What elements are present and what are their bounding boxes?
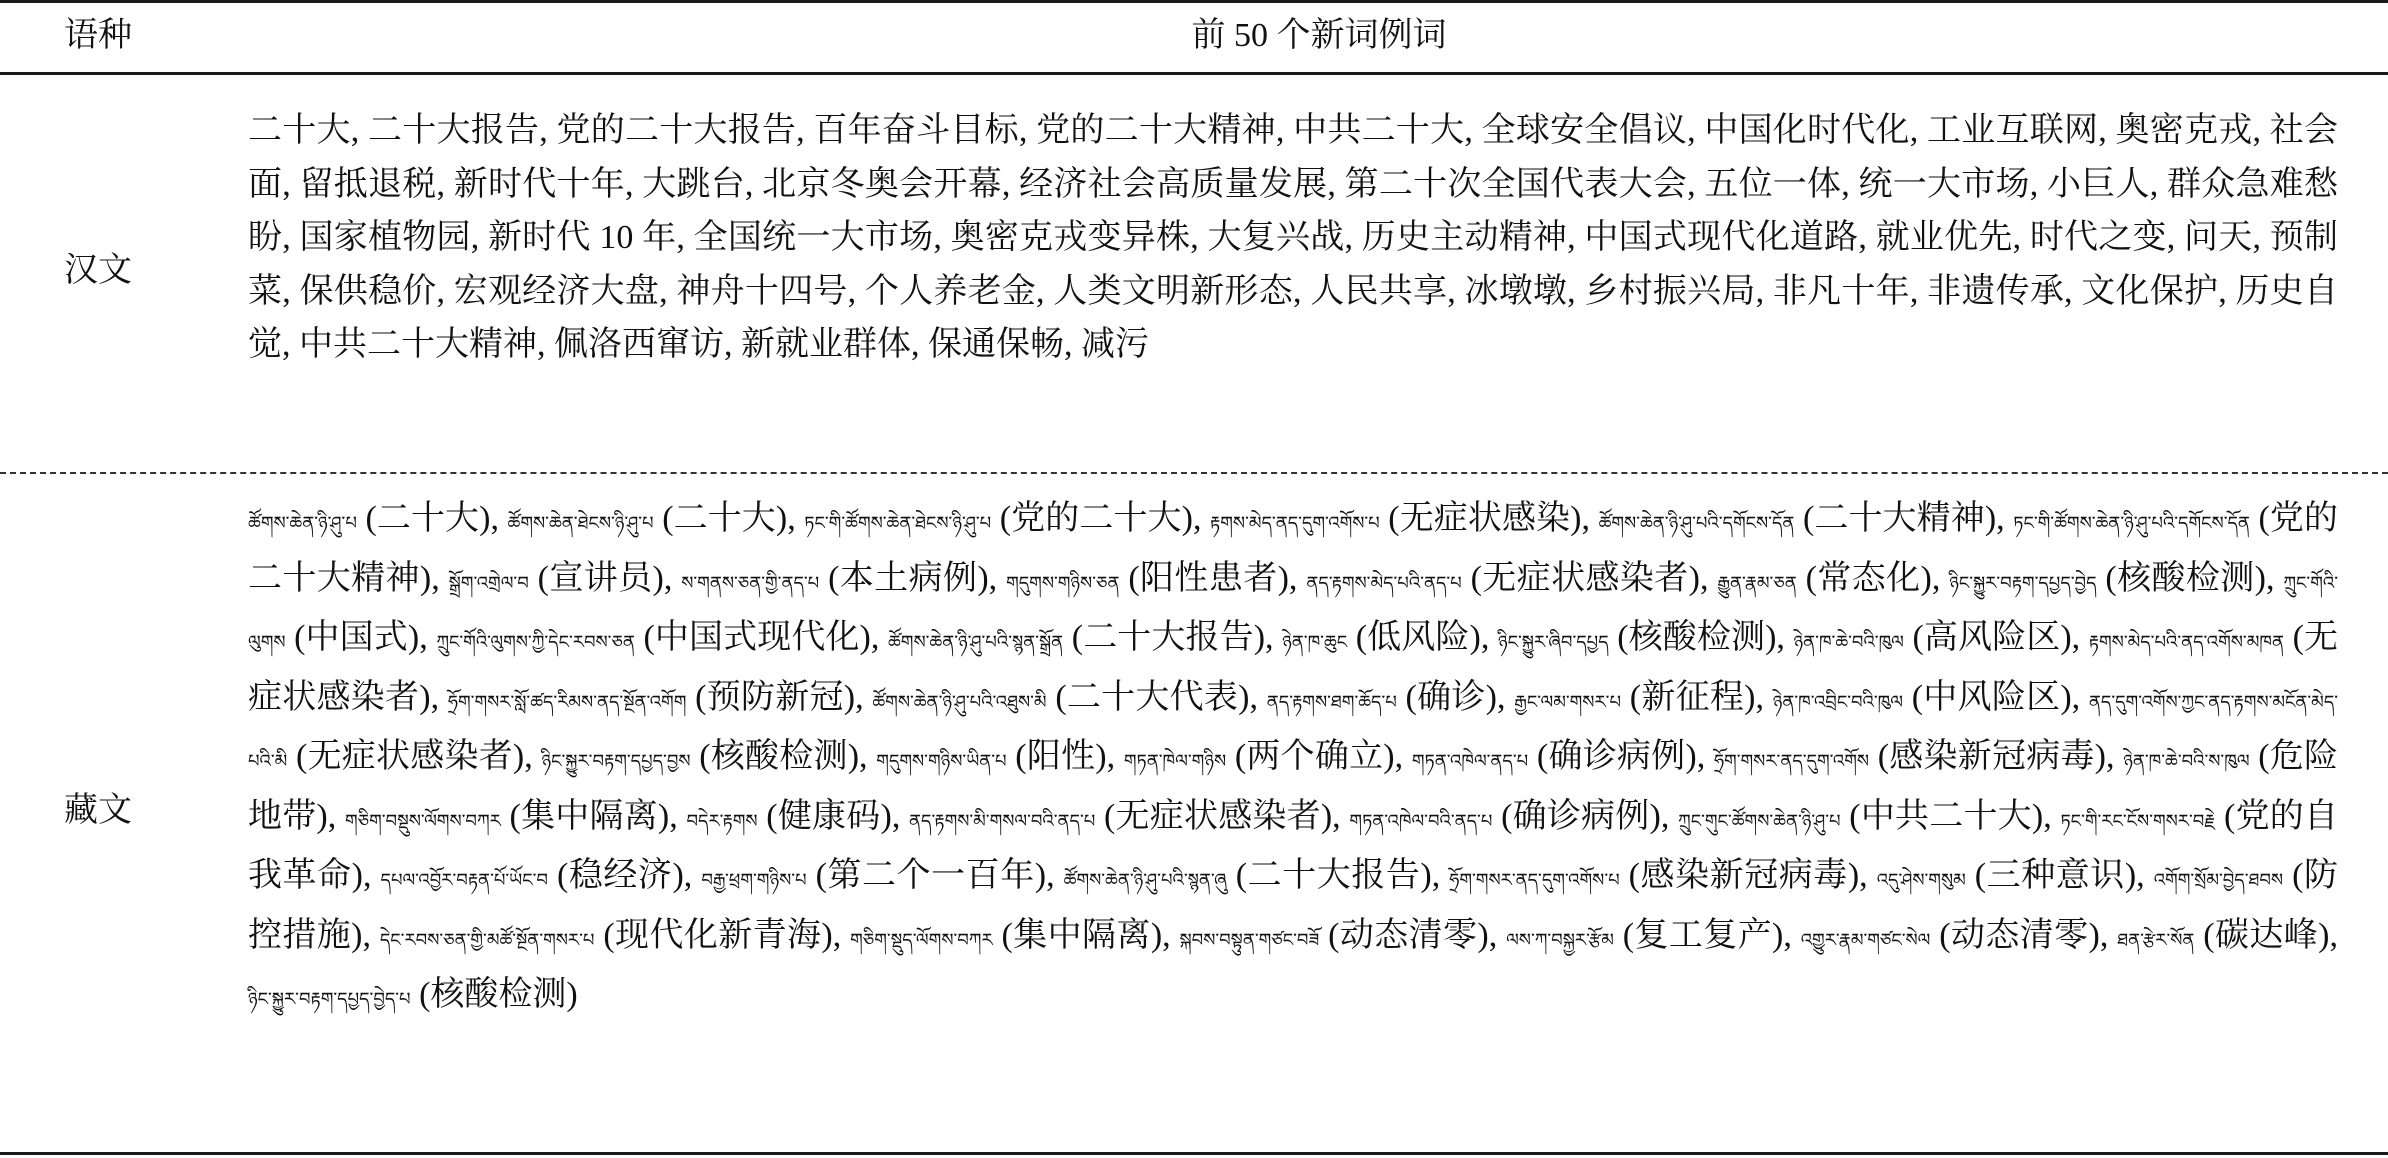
chinese-gloss: (确诊) — [1397, 679, 1497, 716]
tibetan-term: འགྱུར་རྣམ་གཙང་སེལ — [1801, 930, 1931, 951]
tibetan-term: ཀྲུང་གུང་ཚོགས་ཆེན་ཉི་ཤུ་པ — [1678, 811, 1841, 832]
tibetan-term: ཚོགས་ཆེན་ཉི་ཤུ་པའི་སྙན་སྒྲོན — [888, 632, 1063, 653]
term-entry: རྒྱང་ལམ་གསར་པ (新征程) — [1514, 679, 1755, 716]
term-entry: ཚོགས་ཆེན་ཉི་ཤུ་པའི་འཐུས་མི (二十大代表) — [872, 679, 1249, 716]
chinese-gloss: (党的二十大) — [991, 500, 1193, 537]
tibetan-term: རྒྱུན་རྣམ་ཅན — [1717, 573, 1796, 594]
chinese-gloss: (无症状感染者) — [287, 738, 524, 775]
term-entry: ཧྲོག་གསར་ནད་དུག་འགོས (感染新冠病毒) — [1714, 738, 2106, 775]
tibetan-term: དཔལ་འབྱོར་བརྟན་པོ་ཡོང་བ — [381, 870, 548, 891]
chinese-gloss: (核酸检测) — [1609, 619, 1777, 656]
term-entry: དེང་རབས་ཅན་གྱི་མཚོ་སྔོན་གསར་པ (现代化新青海) — [380, 917, 833, 954]
chinese-gloss: (感染新冠病毒) — [1620, 857, 1860, 894]
term-entry: ཀྲུང་གོའི་ལུགས་ཀྱི་དེང་རབས་ཅན (中国式现代化) — [436, 619, 871, 656]
term-entry: གདུགས་གཉིས་ཅན (阳性患者) — [1006, 560, 1289, 597]
tibetan-term: ཧྲོག་གསར་ནད་དུག་འགོས — [1714, 751, 1869, 772]
new-words-table: 语种 前 50 个新词例词 汉文 二十大, 二十大报告, 党的二十大报告, 百年… — [0, 0, 2388, 1158]
term-entry: ས་གནས་ཅན་གྱི་ནད་པ (本土病例) — [681, 560, 988, 597]
chinese-gloss: (二十大精神) — [1794, 500, 1996, 537]
chinese-gloss: (无症状感染者) — [1095, 798, 1332, 835]
chinese-gloss: (健康码) — [758, 798, 892, 835]
chinese-gloss: (现代化新青海) — [594, 917, 832, 954]
chinese-gloss: (确诊病例) — [1528, 738, 1697, 775]
term-entry: ཚོགས་ཆེན་ཉི་ཤུ་པའི་སྙན་སྒྲོན (二十大报告) — [888, 619, 1265, 656]
tibetan-term: ཧྲོག་གསར་སློ་ཚད་རིམས་ནད་སྔོན་འགོག — [448, 692, 687, 713]
tibetan-term: ཉིང་སྐྱུར་བརྟག་དཔྱད་བྱས — [542, 751, 691, 772]
tibetan-term: ཚོགས་ཆེན་ཉི་ཤུ་པའི་འཐུས་མི — [872, 692, 1046, 713]
term-entry: ཚོགས་ཆེན་ཉི་ཤུ་པའི་སྙན་ཞུ (二十大报告) — [1064, 857, 1432, 894]
tibetan-term: ཉིང་སྐྱུར་ཞིབ་དཔྱད — [1498, 632, 1609, 653]
term-entry: ཚོགས་ཆེན་ཉི་ཤུ་པའི་དགོངས་དོན (二十大精神) — [1599, 500, 1997, 537]
term-entry: ཧྲོག་གསར་ནད་དུག་འགོས་པ (感染新冠病毒) — [1449, 857, 1859, 894]
tibetan-term: ཉེན་ཁ་ཆེ་བའི་ཁུལ — [1794, 632, 1904, 653]
tibetan-term: ཉེན་ཁ་འབྲིང་བའི་ཁུལ — [1773, 692, 1903, 713]
chinese-gloss: (二十大) — [357, 500, 491, 537]
chinese-gloss: (高风险区) — [1904, 619, 2072, 656]
term-entry: འདུ་ཤེས་གསུམ (三种意识) — [1877, 857, 2136, 894]
tibetan-term: གཏན་འཁེལ་བའི་ནད་པ — [1349, 811, 1492, 832]
term-entry: ཏང་གི་ཚོགས་ཆེན་ཐེངས་ཉི་ཤུ་པ (党的二十大) — [804, 500, 1193, 537]
term-entry: སྒྲོག་འགྲེལ་བ (宣讲员) — [449, 560, 664, 597]
tibetan-term: བདེར་རྟགས — [686, 811, 757, 832]
term-entry: གཅིག་སྡུད་ལོགས་བཀར (集中隔离) — [850, 917, 1162, 954]
tibetan-term: གདུགས་གཉིས་ཅན — [1006, 573, 1119, 594]
chinese-gloss: (三种意识) — [1966, 857, 2136, 894]
term-entry: བརྒྱ་ཕྲག་གཉིས་པ (第二个一百年) — [701, 857, 1046, 894]
term-entry: ནད་རྟགས་ཐག་ཆོད་པ (确诊) — [1267, 679, 1497, 716]
term-entry: ཉེན་ཁ་ཆེ་བའི་ཁུལ (高风险区) — [1794, 619, 2072, 656]
tibetan-term: ཉིང་སྐྱུར་བརྟག་དཔྱད་བྱེད་པ — [248, 989, 411, 1010]
row-label-tibetan: 藏文 — [64, 786, 204, 836]
term-entry: གཏན་ཁེལ་གཉིས (两个确立) — [1124, 738, 1395, 775]
chinese-gloss: (二十大报告) — [1227, 857, 1432, 894]
tibetan-term: རྒྱང་ལམ་གསར་པ — [1514, 692, 1621, 713]
chinese-gloss: (核酸检测) — [2097, 560, 2266, 597]
tibetan-term: གཅིག་སྡུད་ལོགས་བཀར — [850, 930, 993, 951]
term-entry: ཐན་རྩེར་སོན (碳达峰) — [2117, 917, 2329, 954]
tibetan-term: ཚོགས་ཆེན་ཐེངས་ཉི་ཤུ་པ — [508, 513, 654, 534]
tibetan-term: སྒྲོག་འགྲེལ་བ — [449, 573, 529, 594]
chinese-gloss: (无症状感染者) — [1462, 560, 1700, 597]
chinese-gloss: (新征程) — [1621, 679, 1755, 716]
chinese-gloss: (第二个一百年) — [807, 857, 1047, 894]
tibetan-term: འགོག་སྲོམ་བྱེད་ཐབས — [2154, 870, 2283, 891]
term-entry: འགྱུར་རྣམ་གཙང་སེལ (动态清零) — [1801, 917, 2100, 954]
tibetan-term: རྟགས་མེད་ནད་དུག་འགོས་པ — [1210, 513, 1380, 534]
term-entry: བདེར་རྟགས (健康码) — [686, 798, 891, 835]
chinese-gloss: (集中隔离) — [501, 798, 669, 835]
tibetan-term: ནད་རྟགས་ཐག་ཆོད་པ — [1267, 692, 1397, 713]
chinese-gloss: (碳达峰) — [2194, 917, 2329, 954]
term-entry: ལས་ཀ་བསྐྱར་རྩོམ (复工复产) — [1506, 917, 1783, 954]
chinese-gloss: (二十大) — [654, 500, 788, 537]
tibetan-term: ཉེན་ཁ་ཆུང — [1282, 632, 1347, 653]
term-entry: ཉེན་ཁ་འབྲིང་བའི་ཁུལ (中风险区) — [1773, 679, 2072, 716]
chinese-gloss: (感染新冠病毒) — [1869, 738, 2106, 775]
chinese-gloss: (核酸检测) — [691, 738, 860, 775]
chinese-gloss: (核酸检测) — [411, 976, 578, 1013]
term-entry: ནད་རྟགས་མེད་པའི་ནད་པ (无症状感染者) — [1306, 560, 1700, 597]
term-entry: ཉིང་སྐྱུར་བརྟག་དཔྱད་བྱེད་པ (核酸检测) — [248, 976, 578, 1013]
chinese-gloss: (阳性患者) — [1119, 560, 1288, 597]
tibetan-term: ཧྲོག་གསར་ནད་དུག་འགོས་པ — [1449, 870, 1619, 891]
chinese-gloss: (中共二十大) — [1841, 798, 2044, 835]
chinese-gloss: (确诊病例) — [1492, 798, 1660, 835]
chinese-gloss: (本土病例) — [819, 560, 988, 597]
tibetan-term: ཀྲུང་གོའི་ལུགས་ཀྱི་དེང་རབས་ཅན — [436, 632, 635, 653]
tibetan-term: ཉེན་ཁ་ཆེ་བའི་ས་ཁུལ — [2123, 751, 2249, 772]
tibetan-term: སྐབས་བསྟུན་གཙང་བཟོ — [1180, 930, 1320, 951]
tibetan-term: གདུགས་གཉིས་ཡིན་པ — [876, 751, 1006, 772]
tibetan-term: གཅིག་བསྡུས་ལོགས་བཀར — [345, 811, 501, 832]
term-entry: ཧྲོག་གསར་སློ་ཚད་རིམས་ནད་སྔོན་འགོག (预防新冠) — [448, 679, 855, 716]
chinese-gloss: (预防新冠) — [686, 679, 855, 716]
bottom-rule — [0, 1152, 2388, 1155]
chinese-gloss: (两个确立) — [1226, 738, 1395, 775]
term-entry: ཉེན་ཁ་ཆུང (低风险) — [1282, 619, 1481, 656]
tibetan-term: ཚོགས་ཆེན་ཉི་ཤུ་པ — [248, 513, 357, 534]
row-label-chinese: 汉文 — [64, 246, 204, 296]
tibetan-term: ཏང་གི་ཚོགས་ཆེན་ཉི་ཤུ་པའི་དགོངས་དོན — [2013, 513, 2250, 534]
term-entry: ཉིང་སྐྱུར་ཞིབ་དཔྱད (核酸检测) — [1498, 619, 1776, 656]
chinese-gloss: (无症状感染) — [1380, 500, 1582, 537]
term-entry: ཚོགས་ཆེན་ཐེངས་ཉི་ཤུ་པ (二十大) — [508, 500, 788, 537]
term-entry: ཀྲུང་གུང་ཚོགས་ཆེན་ཉི་ཤུ་པ (中共二十大) — [1678, 798, 2043, 835]
chinese-gloss: (阳性) — [1007, 738, 1107, 775]
chinese-gloss: (宣讲员) — [529, 560, 664, 597]
chinese-gloss: (低风险) — [1347, 619, 1481, 656]
term-entry: གཏན་འཁེལ་ནད་པ (确诊病例) — [1412, 738, 1697, 775]
row-body-chinese: 二十大, 二十大报告, 党的二十大报告, 百年奋斗目标, 党的二十大精神, 中共… — [248, 104, 2338, 372]
term-entry: ནད་རྟགས་མི་གསལ་བའི་ནད་པ (无症状感染者) — [909, 798, 1332, 835]
chinese-gloss: (二十大报告) — [1063, 619, 1265, 656]
tibetan-term: ཐན་རྩེར་སོན — [2117, 930, 2194, 951]
tibetan-term: འདུ་ཤེས་གསུམ — [1877, 870, 1966, 891]
term-entry: དཔལ་འབྱོར་བརྟན་པོ་ཡོང་བ (稳经济) — [381, 857, 684, 894]
chinese-gloss: (动态清零) — [1319, 917, 1488, 954]
tibetan-term: ཚོགས་ཆེན་ཉི་ཤུ་པའི་དགོངས་དོན — [1599, 513, 1795, 534]
tibetan-term: ས་གནས་ཅན་གྱི་ནད་པ — [681, 573, 819, 594]
chinese-gloss: (二十大代表) — [1047, 679, 1250, 716]
tibetan-term: ཉིང་སྐྱུར་བརྟག་དཔྱད་བྱེད — [1949, 573, 2096, 594]
term-entry: གཅིག་བསྡུས་ལོགས་བཀར (集中隔离) — [345, 798, 669, 835]
tibetan-term: ཚོགས་ཆེན་ཉི་ཤུ་པའི་སྙན་ཞུ — [1064, 870, 1227, 891]
term-entry: རྟགས་མེད་ནད་དུག་འགོས་པ (无症状感染) — [1210, 500, 1581, 537]
term-entry: ཚོགས་ཆེན་ཉི་ཤུ་པ (二十大) — [248, 500, 490, 537]
term-entry: སྐབས་བསྟུན་གཙང་བཟོ (动态清零) — [1180, 917, 1489, 954]
row-divider — [0, 472, 2388, 474]
top-rule — [0, 0, 2388, 3]
tibetan-term: གཏན་ཁེལ་གཉིས — [1124, 751, 1226, 772]
tibetan-term: ཏང་གི་རང་ངོས་གསར་བརྗེ — [2060, 811, 2215, 832]
header-rule — [0, 72, 2388, 75]
chinese-gloss: (常态化) — [1797, 560, 1932, 597]
tibetan-term: གཏན་འཁེལ་ནད་པ — [1412, 751, 1528, 772]
chinese-gloss: (稳经济) — [548, 857, 684, 894]
term-entry: ཉིང་སྐྱུར་བརྟག་དཔྱད་བྱས (核酸检测) — [542, 738, 860, 775]
term-entry: ཉིང་སྐྱུར་བརྟག་དཔྱད་བྱེད (核酸检测) — [1949, 560, 2266, 597]
tibetan-term: ནད་རྟགས་མི་གསལ་བའི་ནད་པ — [909, 811, 1095, 832]
tibetan-term: ནད་རྟགས་མེད་པའི་ནད་པ — [1306, 573, 1461, 594]
chinese-gloss: (中风险区) — [1903, 679, 2072, 716]
chinese-gloss: (集中隔离) — [993, 917, 1162, 954]
header-language: 语种 — [64, 8, 132, 64]
header-new-words: 前 50 个新词例词 — [250, 8, 2388, 64]
tibetan-term: ཏང་གི་ཚོགས་ཆེན་ཐེངས་ཉི་ཤུ་པ — [804, 513, 991, 534]
term-entry: གཏན་འཁེལ་བའི་ནད་པ (确诊病例) — [1349, 798, 1660, 835]
row-body-tibetan: ཚོགས་ཆེན་ཉི་ཤུ་པ (二十大), ཚོགས་ཆེན་ཐེངས་ཉི… — [248, 492, 2338, 1028]
tibetan-term: བརྒྱ་ཕྲག་གཉིས་པ — [701, 870, 806, 891]
chinese-gloss: (动态清零) — [1930, 917, 2099, 954]
chinese-gloss: (中国式现代化) — [635, 619, 871, 656]
tibetan-term: ལས་ཀ་བསྐྱར་རྩོམ — [1506, 930, 1614, 951]
tibetan-term: རྟགས་མེད་པའི་ནད་འགོས་མཁན — [2089, 632, 2284, 653]
chinese-gloss: (复工复产) — [1614, 917, 1783, 954]
term-entry: རྒྱུན་རྣམ་ཅན (常态化) — [1717, 560, 1932, 597]
chinese-gloss: (中国式) — [286, 619, 420, 656]
tibetan-term: དེང་རབས་ཅན་གྱི་མཚོ་སྔོན་གསར་པ — [380, 930, 595, 951]
term-entry: གདུགས་གཉིས་ཡིན་པ (阳性) — [876, 738, 1106, 775]
